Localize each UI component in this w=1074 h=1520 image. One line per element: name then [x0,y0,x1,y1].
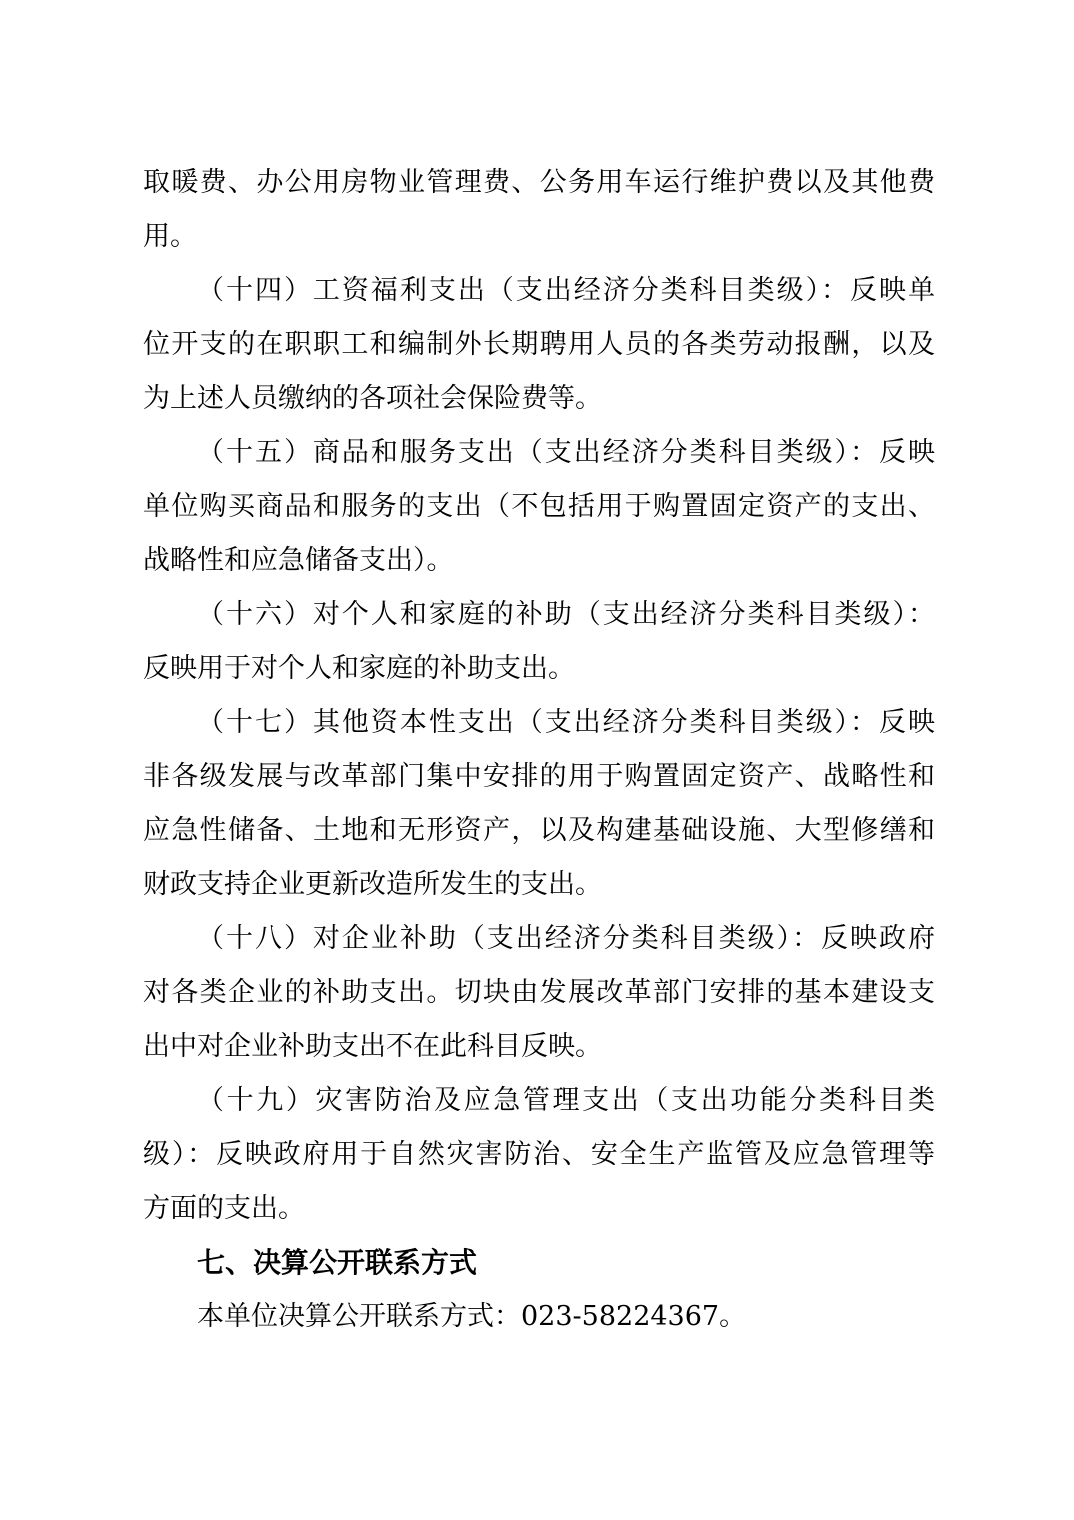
text-line: 出中对企业补助支出不在此科目反映。 [143,1020,935,1074]
section-heading: 七、决算公开联系方式 [143,1236,935,1290]
document-content: 取暖费、办公用房物业管理费、公务用车运行维护费以及其他费用。（十四）工资福利支出… [143,156,935,1344]
text-line: （十八）对企业补助（支出经济分类科目类级）：反映政府 [143,912,935,966]
document-page: 取暖费、办公用房物业管理费、公务用车运行维护费以及其他费用。（十四）工资福利支出… [0,0,1074,1520]
text-line: （十七）其他资本性支出（支出经济分类科目类级）：反映 [143,696,935,750]
text-line: （十五）商品和服务支出（支出经济分类科目类级）：反映 [143,426,935,480]
text-line: 反映用于对个人和家庭的补助支出。 [143,642,935,696]
text-line: 对各类企业的补助支出。切块由发展改革部门安排的基本建设支 [143,966,935,1020]
text-line: 用。 [143,210,935,264]
text-line: 财政支持企业更新改造所发生的支出。 [143,858,935,912]
text-line: 应急性储备、土地和无形资产，以及构建基础设施、大型修缮和 [143,804,935,858]
text-line: 位开支的在职职工和编制外长期聘用人员的各类劳动报酬，以及 [143,318,935,372]
text-line: 取暖费、办公用房物业管理费、公务用车运行维护费以及其他费 [143,156,935,210]
text-line: （十六）对个人和家庭的补助（支出经济分类科目类级）： [143,588,935,642]
text-line: （十九）灾害防治及应急管理支出（支出功能分类科目类 [143,1074,935,1128]
text-line: 战略性和应急储备支出）。 [143,534,935,588]
text-line: （十四）工资福利支出（支出经济分类科目类级）：反映单 [143,264,935,318]
text-line: 非各级发展与改革部门集中安排的用于购置固定资产、战略性和 [143,750,935,804]
text-line: 为上述人员缴纳的各项社会保险费等。 [143,372,935,426]
text-line: 本单位决算公开联系方式：023-58224367。 [143,1290,935,1344]
text-line: 单位购买商品和服务的支出（不包括用于购置固定资产的支出、 [143,480,935,534]
text-line: 方面的支出。 [143,1182,935,1236]
text-line: 级）：反映政府用于自然灾害防治、安全生产监管及应急管理等 [143,1128,935,1182]
